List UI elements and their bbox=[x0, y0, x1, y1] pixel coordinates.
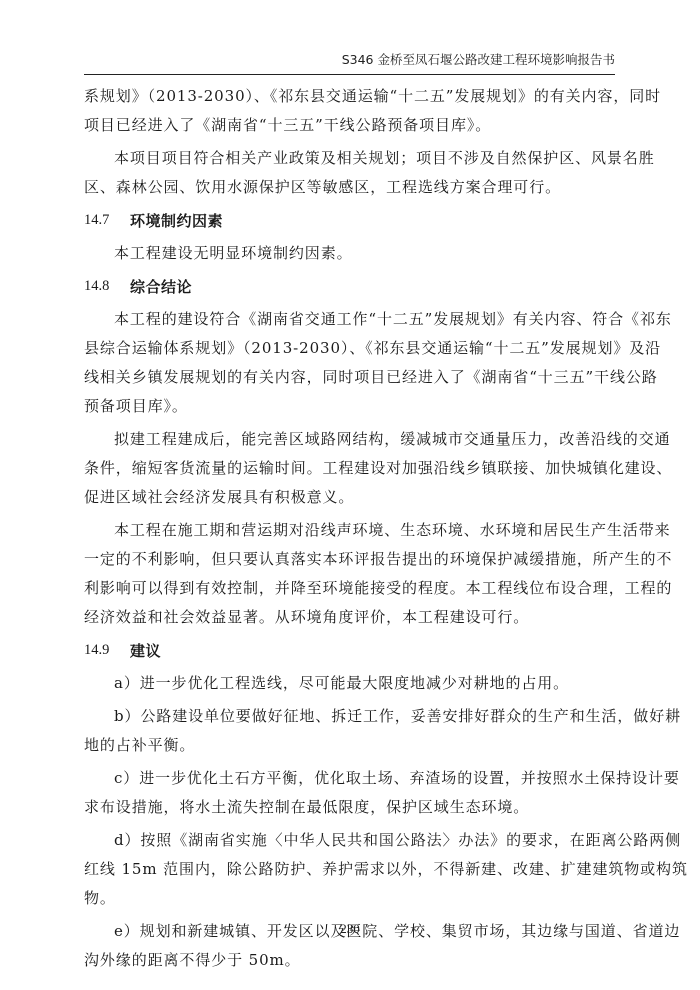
page-number: 230 bbox=[0, 921, 700, 937]
text-line: a）进一步优化工程选线，尽可能最大限度地减少对耕地的占用。 bbox=[84, 669, 616, 698]
text-line: 县综合运输体系规划》（2013-2030）、《祁东县交通运输“十二五”发展规划》… bbox=[84, 334, 616, 363]
suggestion-b: b）公路建设单位要做好征地、拆迁工作，妥善安排好群众的生产和生活，做好耕 地的占… bbox=[84, 702, 616, 760]
text-line: 一定的不利影响，但只要认真落实本环评报告提出的环境保护减缓措施，所产生的不 bbox=[84, 545, 616, 574]
suggestion-a: a）进一步优化工程选线，尽可能最大限度地减少对耕地的占用。 bbox=[84, 669, 616, 698]
report-title: S346 金桥至凤石堰公路改建工程环境影响报告书 bbox=[342, 52, 615, 67]
section-heading-14-8: 14.8 综合结论 bbox=[84, 272, 616, 301]
text-line: b）公路建设单位要做好征地、拆迁工作，妥善安排好群众的生产和生活，做好耕 bbox=[84, 702, 616, 731]
text-line: 物。 bbox=[84, 884, 616, 913]
conclusion-paragraph-3: 本工程在施工期和营运期对沿线声环境、生态环境、水环境和居民生产生活带来 一定的不… bbox=[84, 516, 616, 632]
section-title: 建议 bbox=[130, 640, 161, 661]
document-page: S346 金桥至凤石堰公路改建工程环境影响报告书 系规划》（2013-2030）… bbox=[0, 0, 700, 990]
conformity-paragraph: 本项目项目符合相关产业政策及相关规划；项目不涉及自然保护区、风景名胜 区、森林公… bbox=[84, 144, 616, 202]
text-line: 线相关乡镇发展规划的有关内容，同时项目已经进入了《湖南省“十三五”干线公路 bbox=[84, 363, 616, 392]
conclusion-paragraph-1: 本工程的建设符合《湖南省交通工作“十二五”发展规划》有关内容、符合《祁东 县综合… bbox=[84, 305, 616, 421]
text-line: d）按照《湖南省实施〈中华人民共和国公路法〉办法》的要求，在距离公路两侧 bbox=[84, 826, 616, 855]
text-line: 本项目项目符合相关产业政策及相关规划；项目不涉及自然保护区、风景名胜 bbox=[84, 144, 616, 173]
text-line: 地的占补平衡。 bbox=[84, 731, 616, 760]
intro-paragraph: 系规划》（2013-2030）、《祁东县交通运输“十二五”发展规划》的有关内容，… bbox=[84, 82, 616, 140]
text-line: 拟建工程建成后，能完善区域路网结构，缓减城市交通量压力，改善沿线的交通 bbox=[84, 425, 616, 454]
text-line: 条件，缩短客货流量的运输时间。工程建设对加强沿线乡镇联接、加快城镇化建设、 bbox=[84, 454, 616, 483]
conclusion-paragraph-2: 拟建工程建成后，能完善区域路网结构，缓减城市交通量压力，改善沿线的交通 条件，缩… bbox=[84, 425, 616, 512]
text-line: 促进区域社会经济发展具有积极意义。 bbox=[84, 483, 616, 512]
text-line: 求布设措施，将水土流失控制在最低限度，保护区域生态环境。 bbox=[84, 793, 616, 822]
text-line: 本工程的建设符合《湖南省交通工作“十二五”发展规划》有关内容、符合《祁东 bbox=[84, 305, 616, 334]
text-line: 本工程建设无明显环境制约因素。 bbox=[84, 239, 616, 268]
text-line: 利影响可以得到有效控制，并降至环境能接受的程度。本工程线位布设合理，工程的 bbox=[84, 574, 616, 603]
section-number: 14.7 bbox=[84, 212, 130, 229]
section-title: 环境制约因素 bbox=[130, 210, 223, 231]
suggestion-d: d）按照《湖南省实施〈中华人民共和国公路法〉办法》的要求，在距离公路两侧 红线 … bbox=[84, 826, 616, 913]
text-line: 经济效益和社会效益显著。从环境角度评价，本工程建设可行。 bbox=[84, 603, 616, 632]
section-number: 14.9 bbox=[84, 642, 130, 659]
text-line: c）进一步优化土石方平衡，优化取土场、弃渣场的设置，并按照水土保持设计要 bbox=[84, 764, 616, 793]
text-line: 预备项目库》。 bbox=[84, 392, 616, 421]
text-line: 系规划》（2013-2030）、《祁东县交通运输“十二五”发展规划》的有关内容，… bbox=[84, 82, 616, 111]
text-line: 本工程在施工期和营运期对沿线声环境、生态环境、水环境和居民生产生活带来 bbox=[84, 516, 616, 545]
section-heading-14-9: 14.9 建议 bbox=[84, 636, 616, 665]
section-14-7-paragraph: 本工程建设无明显环境制约因素。 bbox=[84, 239, 616, 268]
text-line: 红线 15m 范围内，除公路防护、养护需求以外，不得新建、改建、扩建建筑物或构筑 bbox=[84, 855, 616, 884]
text-line: 沟外缘的距离不得少于 50m。 bbox=[84, 946, 616, 975]
section-title: 综合结论 bbox=[130, 276, 192, 297]
section-heading-14-7: 14.7 环境制约因素 bbox=[84, 206, 616, 235]
running-header: S346 金桥至凤石堰公路改建工程环境影响报告书 bbox=[84, 50, 615, 75]
text-line: 项目已经进入了《湖南省“十三五”干线公路预备项目库》。 bbox=[84, 111, 616, 140]
suggestion-c: c）进一步优化土石方平衡，优化取土场、弃渣场的设置，并按照水土保持设计要 求布设… bbox=[84, 764, 616, 822]
text-line: 区、森林公园、饮用水源保护区等敏感区，工程选线方案合理可行。 bbox=[84, 173, 616, 202]
section-number: 14.8 bbox=[84, 278, 130, 295]
page-content: 系规划》（2013-2030）、《祁东县交通运输“十二五”发展规划》的有关内容，… bbox=[84, 82, 616, 979]
